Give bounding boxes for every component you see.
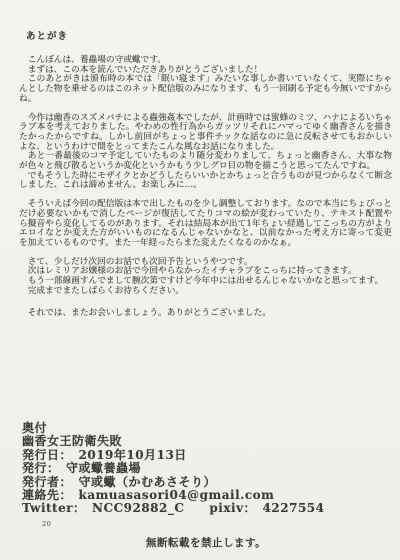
afterword-paragraph: 完成までまたしばらくお待ちください。: [19, 287, 392, 297]
afterword-paragraph: それでは、またお会いしましょう。ありがとうございました。: [19, 309, 392, 319]
afterword-paragraph: あと一番最後のコマ予定していたものより随分変わりまして、ちょっと幽香さん、大事な…: [19, 152, 392, 171]
no-reproduction-notice: 無断転載を禁止します。: [146, 535, 266, 550]
afterword-heading: あとがき: [26, 28, 392, 42]
afterword-paragraph: でもそうした時にモザイクとかどうしたらいいかとかちょっと合うものが見つからなくて…: [19, 172, 392, 191]
colophon-contact-email: 連絡先： kamuasasori04@gmail.com: [22, 489, 325, 502]
colophon-social-accounts: Twitter： NCC92882_C pixiv： 4227554: [22, 502, 325, 515]
colophon-book-title: 幽香女王防衛失敗: [22, 435, 325, 448]
colophon-section: 奥付 幽香女王防衛失敗 発行日： 2019年10月13日 発行： 守或蠍養蟲場 …: [22, 422, 325, 516]
afterword-paragraph: そういえば今回の配信版は本で出したものを少し調整しております。なので本当にちょび…: [19, 200, 392, 249]
afterword-paragraph: このあとがきは頒布時の本では「眠い寝ます」みたいな事しか書いていなくて、実際にち…: [19, 75, 392, 104]
afterword-section: あとがき こんぼんは、養蟲場の守或蠍です。 まずは、この本を読んでいただきありが…: [19, 28, 392, 319]
afterword-paragraph: 今作は幽香のスズメバチによる蟲強姦本でしたが、計画時では蜜蜂のミツ、ハナによるい…: [19, 114, 392, 153]
page-number: 20: [42, 520, 51, 528]
scanned-afterword-page: あとがき こんぼんは、養蟲場の守或蠍です。 まずは、この本を読んでいただきありが…: [0, 0, 400, 560]
colophon-publisher: 発行： 守或蠍養蟲場: [22, 462, 325, 475]
